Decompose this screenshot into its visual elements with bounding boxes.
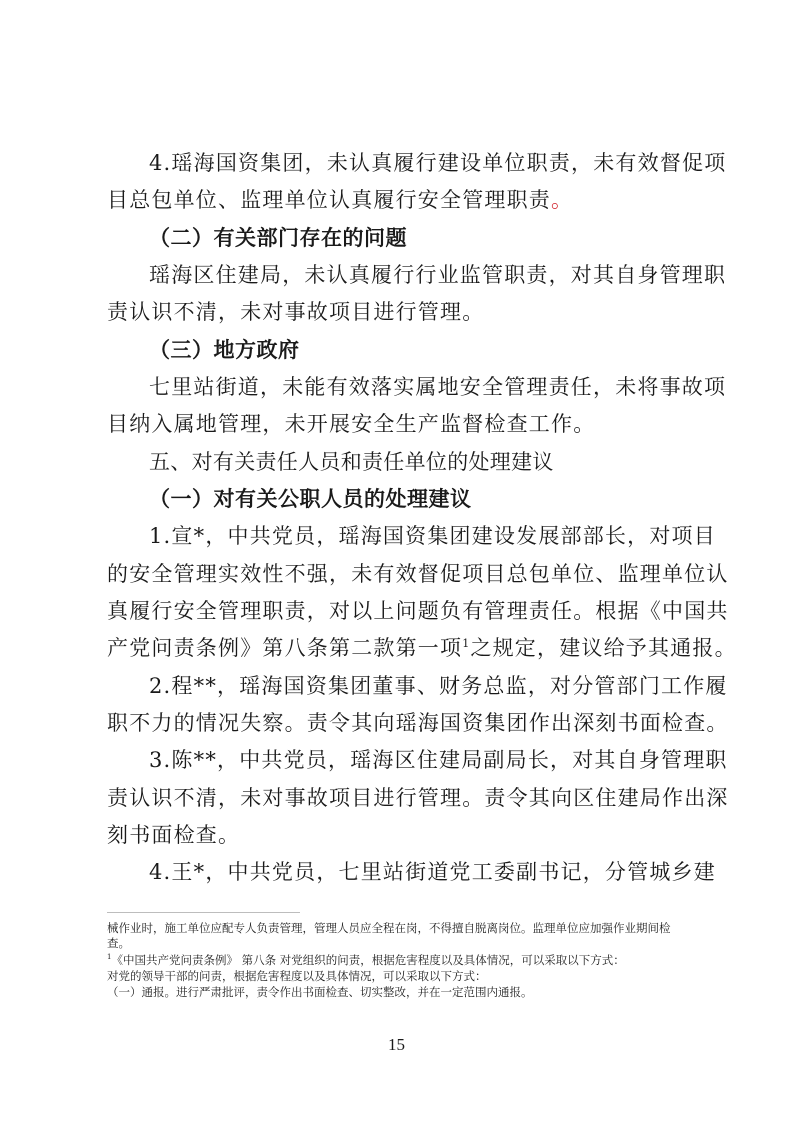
paragraph-line: 4.瑶海国资集团，未认真履行建设单位职责，未有效督促项 <box>149 150 693 176</box>
line-text: 七里站街道，未能有效落实属地安全管理责任，未将事故项 <box>149 375 726 399</box>
paragraph-line: 责认识不清，未对事故项目进行管理。 <box>107 299 693 325</box>
heading-text: 五、对有关责任人员和责任单位的处理建议 <box>149 450 554 474</box>
line-text: 目纳入属地管理，未开展安全生产监督检查工作。 <box>107 412 595 436</box>
line-text: 责认识不清，未对事故项目进行管理。责令其向区住建局作出深 <box>107 786 729 810</box>
paragraph-line: 刻书面检查。 <box>107 822 693 848</box>
paragraph-line: 职不力的情况失察。责令其向瑶海国资集团作出深刻书面检查。 <box>107 710 693 736</box>
section-heading-public-officials: （一）对有关公职人员的处理建议 <box>149 486 693 512</box>
line-text: 4.王*，中共党员，七里站街道党工委副书记，分管城乡建 <box>149 860 716 884</box>
paragraph-line: 目总包单位、监理单位认真履行安全管理职责。 <box>107 187 693 213</box>
paragraph-line: 瑶海区住建局，未认真履行行业监管职责，对其自身管理职 <box>149 262 693 288</box>
paragraph-line: 产党问责条例》第八条第二款第一项1之规定，建议给予其通报。 <box>107 635 693 661</box>
paragraph-line: 目纳入属地管理，未开展安全生产监督检查工作。 <box>107 411 693 437</box>
line-text: 刻书面检查。 <box>107 823 240 847</box>
document-page: 4.瑶海国资集团，未认真履行建设单位职责，未有效督促项 目总包单位、监理单位认真… <box>0 0 793 1122</box>
footnote-line: 械作业时，施工单位应配专人负责管理，管理人员应全程在岗，不得擅自脱离岗位。监理单… <box>107 921 697 935</box>
section-heading-departments: （二）有关部门存在的问题 <box>149 225 693 251</box>
line-text: 之规定，建议给予其通报。 <box>470 636 736 660</box>
footnote-separator <box>107 912 300 913</box>
footnote-line: 1《中国共产党问责条例》 第八条 对党组织的问责，根据危害程度以及具体情况，可以… <box>107 953 697 967</box>
line-text: 瑶海区住建局，未认真履行行业监管职责，对其自身管理职 <box>149 263 726 287</box>
chapter-heading-recommendations: 五、对有关责任人员和责任单位的处理建议 <box>149 449 693 475</box>
paragraph-line: 2.程**，瑶海国资集团董事、财务总监，对分管部门工作履 <box>149 673 693 699</box>
paragraph-line: 1.宣*，中共党员，瑶海国资集团建设发展部部长，对项目 <box>149 523 693 549</box>
paragraph-line: 责认识不清，未对事故项目进行管理。责令其向区住建局作出深 <box>107 785 693 811</box>
footnote-line: （一）通报。进行严肃批评，责令作出书面检查、切实整改，并在一定范围内通报。 <box>107 985 697 999</box>
red-period-mark: 。 <box>551 188 573 212</box>
footnote-line: 查。 <box>107 936 697 950</box>
line-text: 目总包单位、监理单位认真履行安全管理职责 <box>107 188 551 212</box>
line-text: 产党问责条例》第八条第二款第一项 <box>107 636 462 660</box>
paragraph-line: 的安全管理实效性不强，未有效督促项目总包单位、监理单位认 <box>107 561 693 587</box>
heading-text: （三）地方政府 <box>149 338 300 362</box>
line-text: 职不力的情况失察。责令其向瑶海国资集团作出深刻书面检查。 <box>107 711 729 735</box>
line-text: 2.程**，瑶海国资集团董事、财务总监，对分管部门工作履 <box>149 674 728 698</box>
paragraph-line: 4.王*，中共党员，七里站街道党工委副书记，分管城乡建 <box>149 859 693 885</box>
line-text: 3.陈**，中共党员，瑶海区住建局副局长，对其自身管理职 <box>149 748 728 772</box>
line-text: 责认识不清，未对事故项目进行管理。 <box>107 300 484 324</box>
line-text: 真履行安全管理职责，对以上问题负有管理责任。根据《中国共 <box>107 599 729 623</box>
paragraph-line: 七里站街道，未能有效落实属地安全管理责任，未将事故项 <box>149 374 693 400</box>
line-text: 的安全管理实效性不强，未有效督促项目总包单位、监理单位认 <box>107 562 729 586</box>
footnote-line: 对党的领导干部的问责，根据危害程度以及具体情况，可以采取以下方式： <box>107 969 697 983</box>
paragraph-line: 3.陈**，中共党员，瑶海区住建局副局长，对其自身管理职 <box>149 747 693 773</box>
line-text: 4.瑶海国资集团，未认真履行建设单位职责，未有效督促项 <box>149 151 726 175</box>
heading-text: （二）有关部门存在的问题 <box>149 226 407 250</box>
paragraph-line: 真履行安全管理职责，对以上问题负有管理责任。根据《中国共 <box>107 598 693 624</box>
line-text: 1.宣*，中共党员，瑶海国资集团建设发展部部长，对项目 <box>149 524 716 548</box>
section-heading-local-government: （三）地方政府 <box>149 337 693 363</box>
heading-text: （一）对有关公职人员的处理建议 <box>149 487 472 511</box>
page-number: 15 <box>0 1035 793 1055</box>
